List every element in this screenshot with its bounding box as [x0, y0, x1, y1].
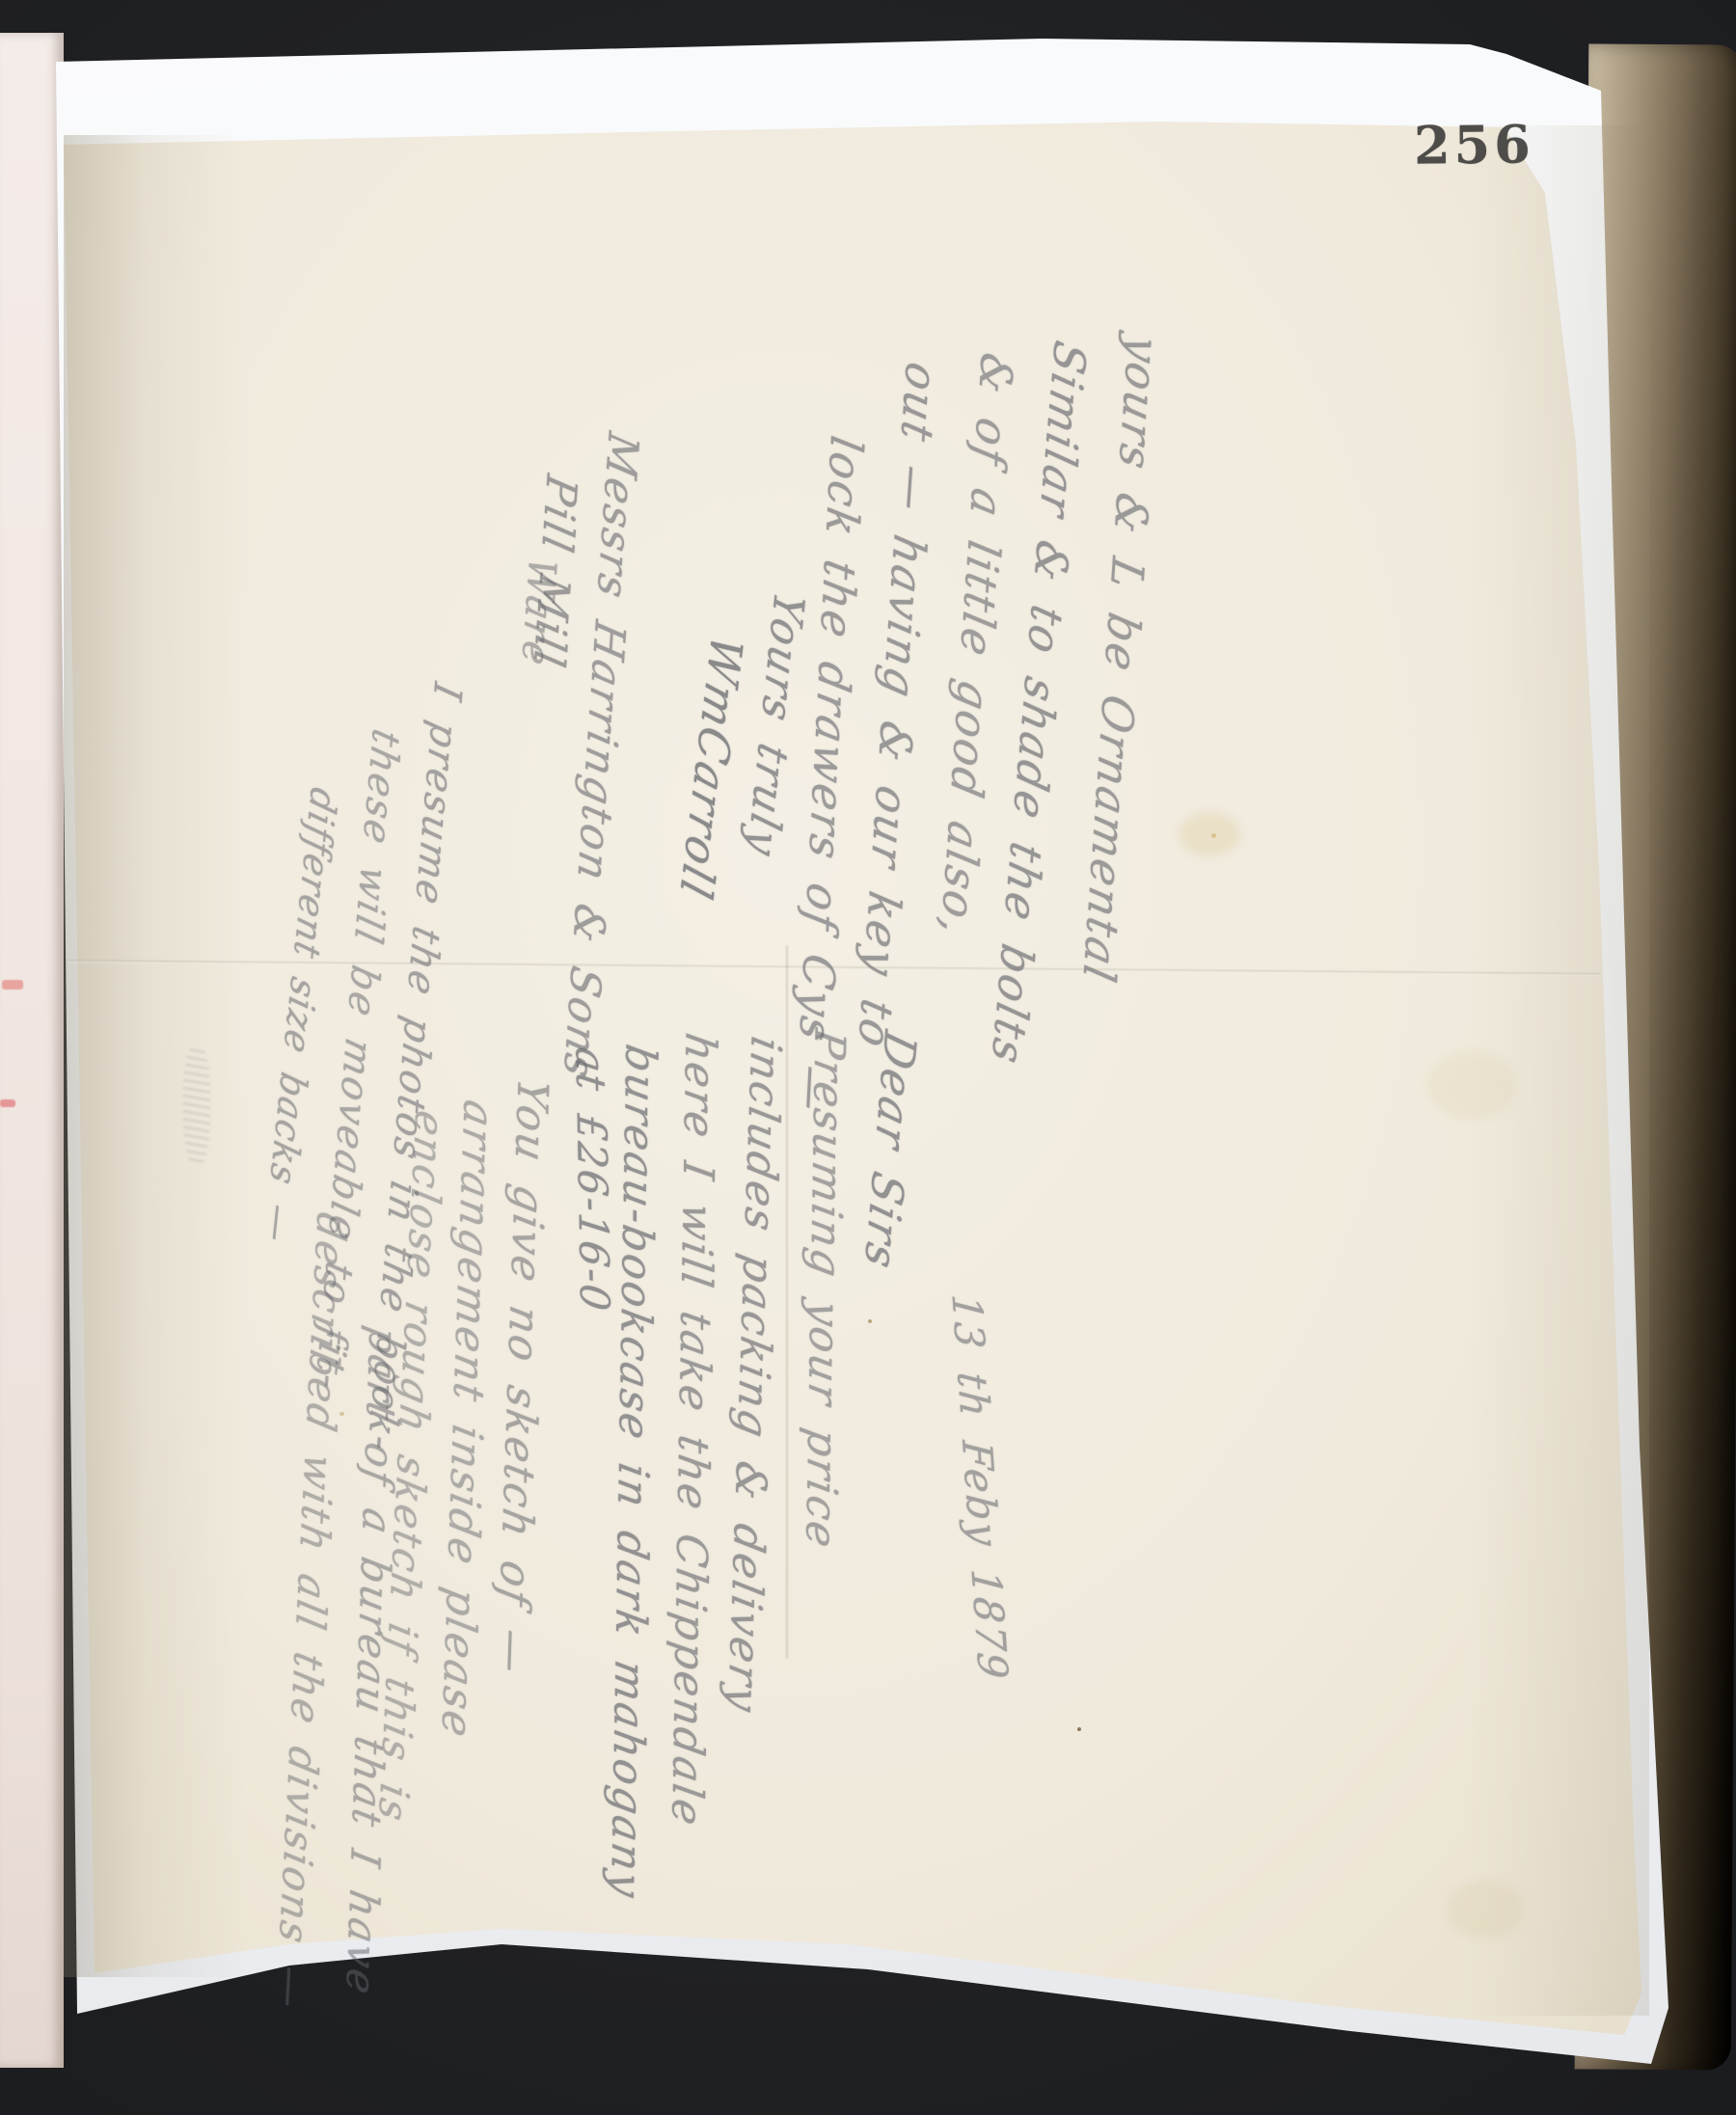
paper-stain: [1179, 812, 1240, 856]
paper-stain: [1447, 1881, 1524, 1939]
photographed-manuscript-scene: 256 yours & L be Ornamental Similar & to…: [0, 0, 1736, 2115]
gutter-shadow: [64, 135, 247, 1977]
left-page-stack-edge: [0, 33, 64, 2068]
paper-speck: [1211, 833, 1216, 838]
pink-fiber-mark: [0, 1099, 15, 1107]
page-number-stamp: 256: [1414, 113, 1534, 176]
paper-stain: [1427, 1051, 1516, 1119]
paper-speck: [1077, 1727, 1081, 1731]
letter1-addressee-line: Ware: [512, 554, 563, 671]
letter2-body-line: Presuming your price: [796, 1025, 854, 1553]
letter2-amount-line: at £26-16-0: [566, 1044, 618, 1315]
pink-fiber-mark: [2, 980, 23, 990]
paper-speck: [868, 1319, 872, 1323]
faint-offset-ink-smudge: [183, 1045, 210, 1165]
